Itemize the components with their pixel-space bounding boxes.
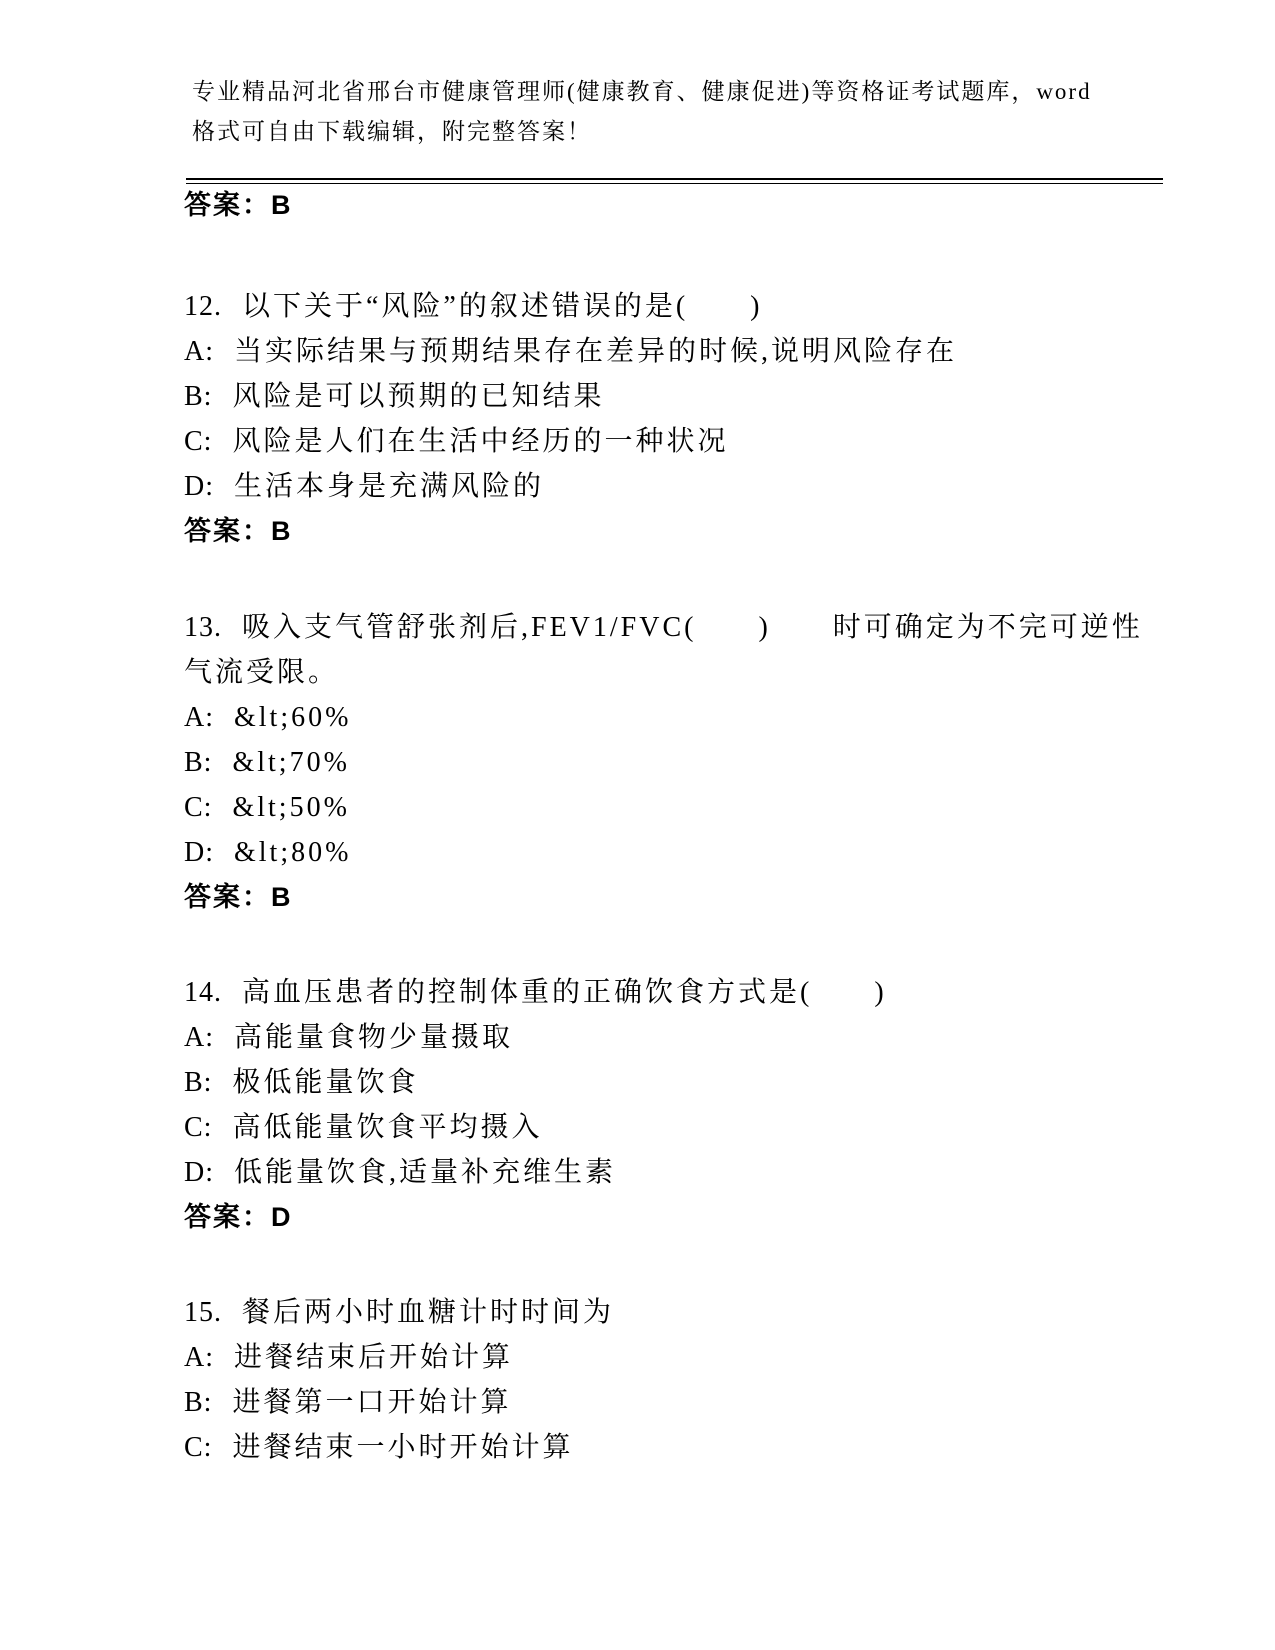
question-13-option-a: A:&lt;60% [184, 695, 1174, 740]
question-15-number: 15. [184, 1297, 222, 1328]
option-label: D: [184, 1157, 214, 1188]
question-12-option-c: C:风险是人们在生活中经历的一种状况 [184, 419, 1174, 464]
question-12-number: 12. [184, 291, 222, 322]
option-label: C: [184, 1112, 212, 1143]
question-14-option-a: A:高能量食物少量摄取 [184, 1015, 1174, 1060]
question-13-option-c: C:&lt;50% [184, 785, 1174, 830]
question-13-option-d: D:&lt;80% [184, 830, 1174, 875]
question-12-option-a: A:当实际结果与预期结果存在差异的时候,说明风险存在 [184, 329, 1174, 374]
question-12-option-b: B:风险是可以预期的已知结果 [184, 374, 1174, 419]
option-label: C: [184, 1432, 212, 1463]
option-text: &lt;80% [234, 837, 351, 868]
question-15-option-b: B:进餐第一口开始计算 [184, 1380, 1174, 1425]
page-header: 专业精品河北省邢台市健康管理师(健康教育、健康促进)等资格证考试题库，word … [192, 72, 1182, 152]
option-text: &lt;60% [234, 702, 351, 733]
option-text: 极低能量饮食 [232, 1067, 418, 1098]
question-14: 14.高血压患者的控制体重的正确饮食方式是( ) A:高能量食物少量摄取 B:极… [184, 970, 1174, 1240]
option-text: &lt;70% [232, 747, 349, 778]
question-14-title: 14.高血压患者的控制体重的正确饮食方式是( ) [184, 970, 1174, 1015]
answer-value: B [271, 190, 293, 220]
question-12-option-d: D:生活本身是充满风险的 [184, 464, 1174, 509]
previous-question-answer: 答案：B [184, 183, 293, 228]
question-14-number: 14. [184, 977, 222, 1008]
answer-label: 答案： [184, 882, 271, 912]
question-12-text: 以下关于“风险”的叙述错误的是( ) [242, 291, 763, 322]
option-text: 风险是可以预期的已知结果 [232, 381, 604, 412]
option-text: 高能量食物少量摄取 [234, 1022, 513, 1053]
option-label: A: [184, 1342, 214, 1373]
option-label: C: [184, 792, 212, 823]
question-15: 15.餐后两小时血糖计时时间为 A:进餐结束后开始计算 B:进餐第一口开始计算 … [184, 1290, 1174, 1470]
question-14-text: 高血压患者的控制体重的正确饮食方式是( ) [242, 977, 887, 1008]
answer-value: D [271, 1202, 293, 1232]
option-label: D: [184, 837, 214, 868]
option-text: 进餐第一口开始计算 [232, 1387, 511, 1418]
question-13-text-line2: 气流受限。 [184, 650, 1174, 695]
question-15-text: 餐后两小时血糖计时时间为 [242, 1297, 614, 1328]
question-13-answer: 答案：B [184, 875, 1174, 920]
question-14-option-c: C:高低能量饮食平均摄入 [184, 1105, 1174, 1150]
answer-value: B [271, 516, 293, 546]
answer-label: 答案： [184, 190, 271, 220]
header-line-2: 格式可自由下载编辑，附完整答案！ [192, 112, 1182, 152]
option-label: B: [184, 747, 212, 778]
question-15-title: 15.餐后两小时血糖计时时间为 [184, 1290, 1174, 1335]
option-label: C: [184, 426, 212, 457]
option-label: A: [184, 1022, 214, 1053]
question-15-option-a: A:进餐结束后开始计算 [184, 1335, 1174, 1380]
document-page: 专业精品河北省邢台市健康管理师(健康教育、健康促进)等资格证考试题库，word … [0, 0, 1275, 1650]
option-text: &lt;50% [232, 792, 349, 823]
option-text: 高低能量饮食平均摄入 [232, 1112, 542, 1143]
header-line-1: 专业精品河北省邢台市健康管理师(健康教育、健康促进)等资格证考试题库，word [192, 72, 1182, 112]
question-13-number: 13. [184, 612, 222, 643]
option-text: 低能量饮食,适量补充维生素 [234, 1157, 616, 1188]
question-14-option-d: D:低能量饮食,适量补充维生素 [184, 1150, 1174, 1195]
option-text: 生活本身是充满风险的 [234, 471, 544, 502]
question-15-option-c: C:进餐结束一小时开始计算 [184, 1425, 1174, 1470]
option-label: B: [184, 1387, 212, 1418]
question-14-option-b: B:极低能量饮食 [184, 1060, 1174, 1105]
option-label: D: [184, 471, 214, 502]
question-14-answer: 答案：D [184, 1195, 1174, 1240]
question-12-title: 12.以下关于“风险”的叙述错误的是( ) [184, 284, 1174, 329]
option-text: 进餐结束后开始计算 [234, 1342, 513, 1373]
answer-label: 答案： [184, 1202, 271, 1232]
option-label: A: [184, 336, 214, 367]
option-text: 进餐结束一小时开始计算 [232, 1432, 573, 1463]
header-separator-double-line [186, 178, 1163, 184]
question-13-option-b: B:&lt;70% [184, 740, 1174, 785]
question-12-answer: 答案：B [184, 509, 1174, 554]
question-13-title: 13.吸入支气管舒张剂后,FEV1/FVC( ) 时可确定为不完可逆性 [184, 605, 1174, 650]
question-13-text: 吸入支气管舒张剂后,FEV1/FVC( ) 时可确定为不完可逆性 [242, 612, 1143, 643]
answer-label: 答案： [184, 516, 271, 546]
option-label: A: [184, 702, 214, 733]
question-13: 13.吸入支气管舒张剂后,FEV1/FVC( ) 时可确定为不完可逆性 气流受限… [184, 605, 1174, 920]
option-label: B: [184, 1067, 212, 1098]
answer-value: B [271, 882, 293, 912]
option-text: 风险是人们在生活中经历的一种状况 [232, 426, 728, 457]
option-text: 当实际结果与预期结果存在差异的时候,说明风险存在 [234, 336, 957, 367]
question-12: 12.以下关于“风险”的叙述错误的是( ) A:当实际结果与预期结果存在差异的时… [184, 284, 1174, 554]
option-label: B: [184, 381, 212, 412]
